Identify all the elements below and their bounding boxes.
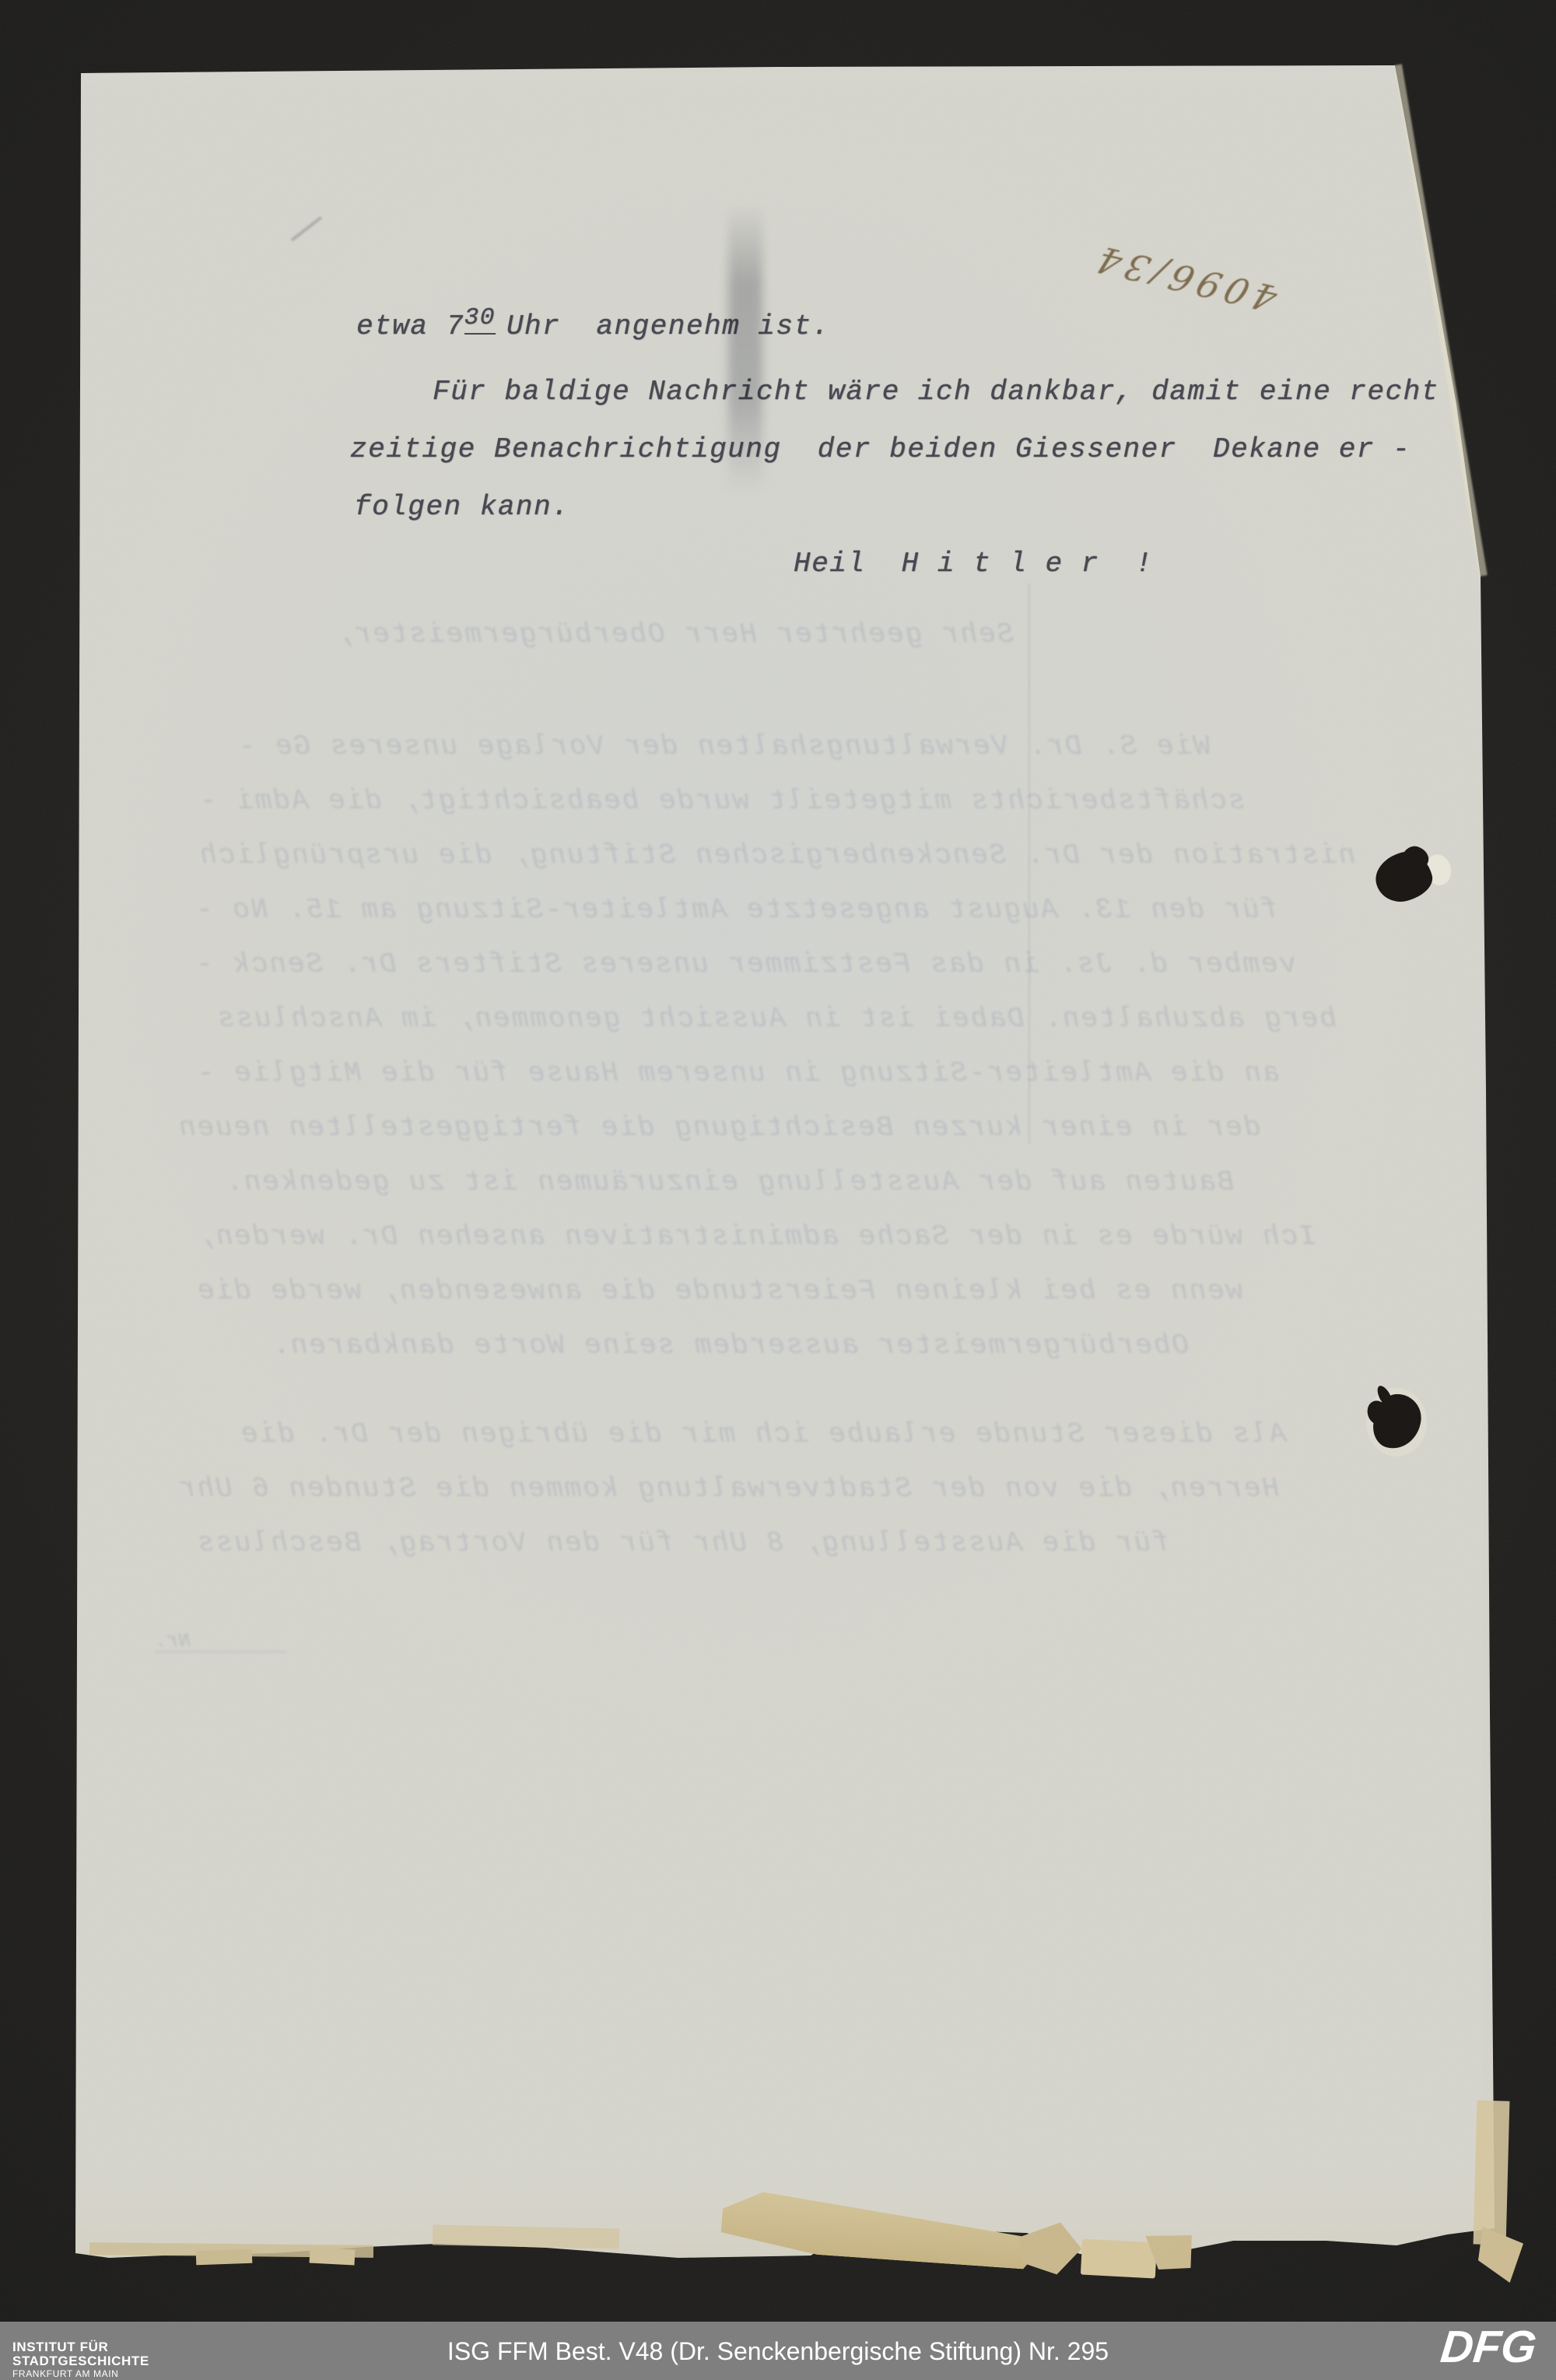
tape-fragment <box>196 2249 253 2266</box>
ink-smudge <box>728 204 762 492</box>
archive-caption-bar: INSTITUT FÜR STADTGESCHICHTE FRANKFURT A… <box>0 2322 1556 2380</box>
tape-fragment <box>310 2247 356 2265</box>
institute-logo-line1: INSTITUT FÜR <box>12 2340 149 2354</box>
bleed-line: der in einer kurzen Besichtigung die fer… <box>177 1114 1261 1142</box>
bleed-line: berg abzuhalten. Dabei ist in Aussicht g… <box>216 1005 1337 1033</box>
bleed-line: wenn es bei kleinen Feierstunde die anwe… <box>196 1278 1242 1306</box>
archival-scan-page: Sehr geehrter Herr Oberbürgermeister, Wi… <box>0 0 1556 2380</box>
superscript-30: 30 <box>464 303 496 335</box>
bleed-through-text: Sehr geehrter Herr Oberbürgermeister, Wi… <box>0 0 1556 2380</box>
bleed-line: Als dieser Stunde erlaube ich mir die üb… <box>240 1421 1286 1449</box>
bleed-line: Ich würde es in der Sache administrative… <box>196 1223 1316 1251</box>
bleed-line: Oberbürgermeister ausserdem seine Worte … <box>271 1332 1189 1360</box>
typed-line-3: zeitige Benachrichtigung der beiden Gies… <box>350 433 1411 466</box>
bleed-signature-mark: Nr. <box>154 1631 286 1653</box>
tape-fragment <box>1474 2100 1510 2245</box>
bleed-line: Sehr geehrter Herr Oberbürgermeister, <box>335 621 1014 649</box>
bleed-line: an die Amtleiter-Sitzung in unserem Haus… <box>196 1060 1280 1088</box>
tape-fragment <box>1081 2239 1157 2279</box>
tape-fragment <box>433 2224 619 2249</box>
bleed-line: Wie S. Dr. Verwaltungshalten der Vorlage… <box>237 733 1211 761</box>
dfg-logo: DFG <box>1439 2325 1539 2370</box>
bleed-line: vember d. Js. in das Festzimmer unseres … <box>194 951 1296 979</box>
typed-line-4: folgen kann. <box>354 490 569 524</box>
bleed-line: Herren, die von der Stadtverwaltung komm… <box>177 1475 1279 1503</box>
bleed-line: für den 13. August angesetzte Amtleiter-… <box>194 896 1278 924</box>
bleed-line: schäftsberichts mitgeteilt wurde beabsic… <box>198 787 1245 815</box>
institute-logo: INSTITUT FÜR STADTGESCHICHTE FRANKFURT A… <box>12 2340 149 2380</box>
institute-logo-line3: FRANKFURT AM MAIN <box>12 2368 149 2380</box>
bleed-line: Bauten auf der Ausstellung einzuräumen i… <box>224 1169 1234 1197</box>
archive-reference-caption: ISG FFM Best. V48 (Dr. Senckenbergische … <box>447 2339 1109 2364</box>
institute-logo-line2: STADTGESCHICHTE <box>12 2354 149 2368</box>
typed-closing-line: Heil H i t l e r ! <box>794 547 1153 580</box>
typed-line-2: Für baldige Nachricht wäre ich dankbar, … <box>433 375 1439 408</box>
bleed-line: für die Ausstellung, 8 Uhr für den Vortr… <box>196 1530 1169 1558</box>
bleed-line: nistration der Dr. Senckenbergischen Sti… <box>198 842 1355 870</box>
paper-crease <box>1029 584 1030 1144</box>
